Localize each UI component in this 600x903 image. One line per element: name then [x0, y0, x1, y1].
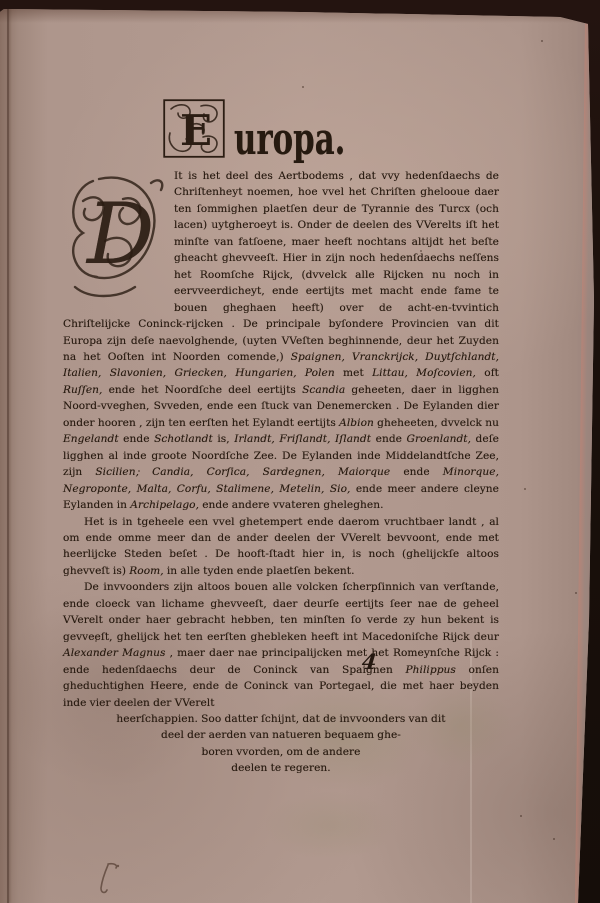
paragraph-3: De invvoonders zijn altoos bouen alle vo…	[63, 579, 499, 711]
ink-smudge-icon	[92, 860, 122, 898]
heading-word: uropa.	[234, 118, 345, 162]
paper-speck	[520, 815, 522, 817]
paragraph-3-taper: heerſchappien. Soo datter ſchijnt, dat d…	[63, 711, 499, 777]
page-edge-highlight	[575, 22, 591, 903]
paper-speck	[553, 838, 555, 840]
paragraph-2: Het is in tgeheele een vvel ghetempert e…	[63, 514, 499, 580]
paper-speck	[541, 40, 543, 42]
paper-speck	[575, 592, 577, 594]
paper-speck	[524, 488, 526, 490]
paper-speck	[302, 86, 304, 88]
woodcut-initial-icon: E	[163, 99, 225, 158]
drop-cap-letter: D	[85, 185, 154, 283]
drop-cap-initial: D	[63, 171, 167, 302]
page-top-shadow	[0, 9, 600, 23]
photo-background: E uropa.	[0, 0, 600, 903]
book-page: E uropa.	[0, 0, 600, 903]
paper-stain	[238, 778, 423, 873]
ornate-drop-cap-icon: D	[63, 171, 167, 302]
body-text: D It is het deel des Aertbodems , dat vv…	[63, 168, 499, 777]
page-number: 4	[361, 649, 378, 674]
chapter-heading: E uropa.	[163, 99, 393, 158]
heading-initial-letter: E	[180, 106, 212, 155]
paragraph-1: D It is het deel des Aertbodems , dat vv…	[63, 168, 499, 514]
